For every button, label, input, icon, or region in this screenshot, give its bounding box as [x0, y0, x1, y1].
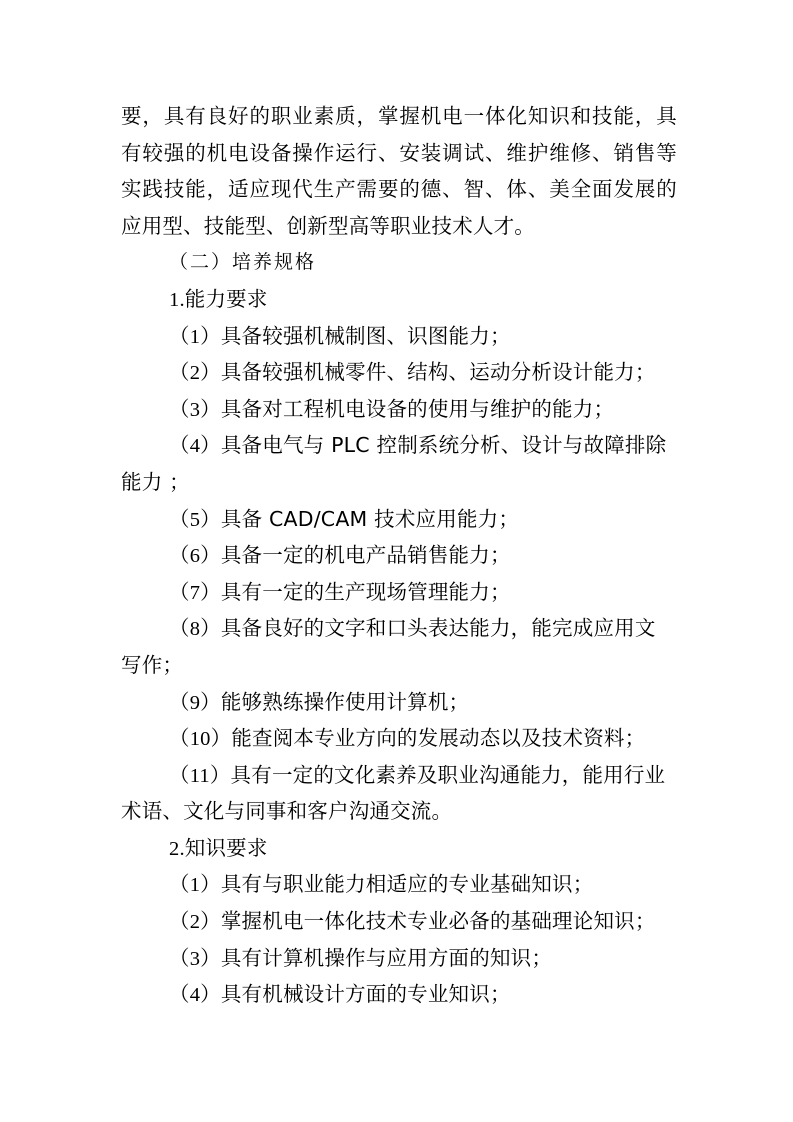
item-text: 具备较强机械零件、结构、运动分析设计能力； — [221, 360, 656, 384]
knowledge-item: （3）具有计算机操作与应用方面的知识； — [121, 940, 677, 977]
item-number: （1） — [169, 326, 221, 348]
heading-text: 能力要求 — [185, 287, 268, 311]
item-number: （6） — [169, 545, 221, 567]
intro-line: 实践技能，适应现代生产需要的德、智、体、美全面发展的 — [121, 171, 677, 208]
item-number: （10） — [169, 728, 231, 750]
item-text: 具备对工程机电设备的使用与维护的能力； — [221, 397, 614, 421]
item-text: 掌握机电一体化技术专业必备的基础理论知识； — [221, 909, 656, 933]
ability-item: （4）具备电气与 PLC 控制系统分析、设计与故障排除 — [121, 427, 677, 464]
intro-line: 应用型、技能型、创新型高等职业技术人才。 — [121, 208, 677, 245]
document-page: 要，具有良好的职业素质，掌握机电一体化知识和技能，具 有较强的机电设备操作运行、… — [121, 98, 677, 1013]
ability-item-continuation: 写作； — [121, 647, 677, 684]
item-text: 能查阅本专业方向的发展动态以及技术资料； — [231, 726, 645, 750]
ability-heading: 1.能力要求 — [121, 281, 677, 318]
intro-line: 要，具有良好的职业素质，掌握机电一体化知识和技能，具 — [121, 98, 677, 135]
item-number: （5） — [169, 509, 221, 531]
item-number: （4） — [169, 984, 221, 1006]
ability-item: （11）具有一定的文化素养及职业沟通能力，能用行业 — [121, 757, 677, 794]
ability-item: （5）具备 CAD/CAM 技术应用能力； — [121, 501, 677, 538]
ability-item: （6）具备一定的机电产品销售能力； — [121, 537, 677, 574]
item-text: 具有计算机操作与应用方面的知识； — [221, 946, 552, 970]
item-text: 具备良好的文字和口头表达能力，能完成应用文 — [221, 616, 656, 640]
heading-number: 1. — [169, 289, 185, 311]
section-title: （二）培养规格 — [121, 244, 677, 281]
ability-item-continuation: 能力 ； — [121, 464, 677, 501]
item-number: （8） — [169, 618, 221, 640]
ability-item: （7）具有一定的生产现场管理能力； — [121, 574, 677, 611]
item-number: （3） — [169, 399, 221, 421]
knowledge-item: （1）具有与职业能力相适应的专业基础知识； — [121, 866, 677, 903]
item-number: （7） — [169, 582, 221, 604]
item-text: 具有一定的生产现场管理能力； — [221, 580, 511, 604]
item-number: （3） — [169, 948, 221, 970]
intro-paragraph: 要，具有良好的职业素质，掌握机电一体化知识和技能，具 有较强的机电设备操作运行、… — [121, 98, 677, 244]
item-number: （9） — [169, 692, 221, 714]
ability-item-continuation: 术语、文化与同事和客户沟通交流。 — [121, 793, 677, 830]
intro-line: 有较强的机电设备操作运行、安装调试、维护维修、销售等 — [121, 135, 677, 172]
knowledge-item: （4）具有机械设计方面的专业知识； — [121, 976, 677, 1013]
item-text: 具有一定的文化素养及职业沟通能力，能用行业 — [231, 763, 666, 787]
item-text: 能够熟练操作使用计算机； — [221, 690, 469, 714]
item-number: （1） — [169, 874, 221, 896]
item-number: （11） — [169, 765, 231, 787]
item-number: （2） — [169, 911, 221, 933]
ability-item: （10）能查阅本专业方向的发展动态以及技术资料； — [121, 720, 677, 757]
knowledge-heading: 2.知识要求 — [121, 830, 677, 867]
heading-text: 知识要求 — [185, 836, 268, 860]
item-text: 具备较强机械制图、识图能力； — [221, 324, 511, 348]
item-number: （2） — [169, 362, 221, 384]
ability-item: （1）具备较强机械制图、识图能力； — [121, 318, 677, 355]
ability-item: （9）能够熟练操作使用计算机； — [121, 684, 677, 721]
item-text: 具备一定的机电产品销售能力； — [221, 543, 511, 567]
item-number: （4） — [169, 435, 221, 457]
item-text: 具备电气与 PLC 控制系统分析、设计与故障排除 — [221, 433, 666, 457]
heading-number: 2. — [169, 838, 185, 860]
item-text: 具有机械设计方面的专业知识； — [221, 982, 511, 1006]
knowledge-item: （2）掌握机电一体化技术专业必备的基础理论知识； — [121, 903, 677, 940]
ability-item: （8）具备良好的文字和口头表达能力，能完成应用文 — [121, 610, 677, 647]
item-text: 具备 CAD/CAM 技术应用能力； — [221, 507, 519, 531]
item-text: 具有与职业能力相适应的专业基础知识； — [221, 872, 594, 896]
ability-item: （2）具备较强机械零件、结构、运动分析设计能力； — [121, 354, 677, 391]
ability-item: （3）具备对工程机电设备的使用与维护的能力； — [121, 391, 677, 428]
